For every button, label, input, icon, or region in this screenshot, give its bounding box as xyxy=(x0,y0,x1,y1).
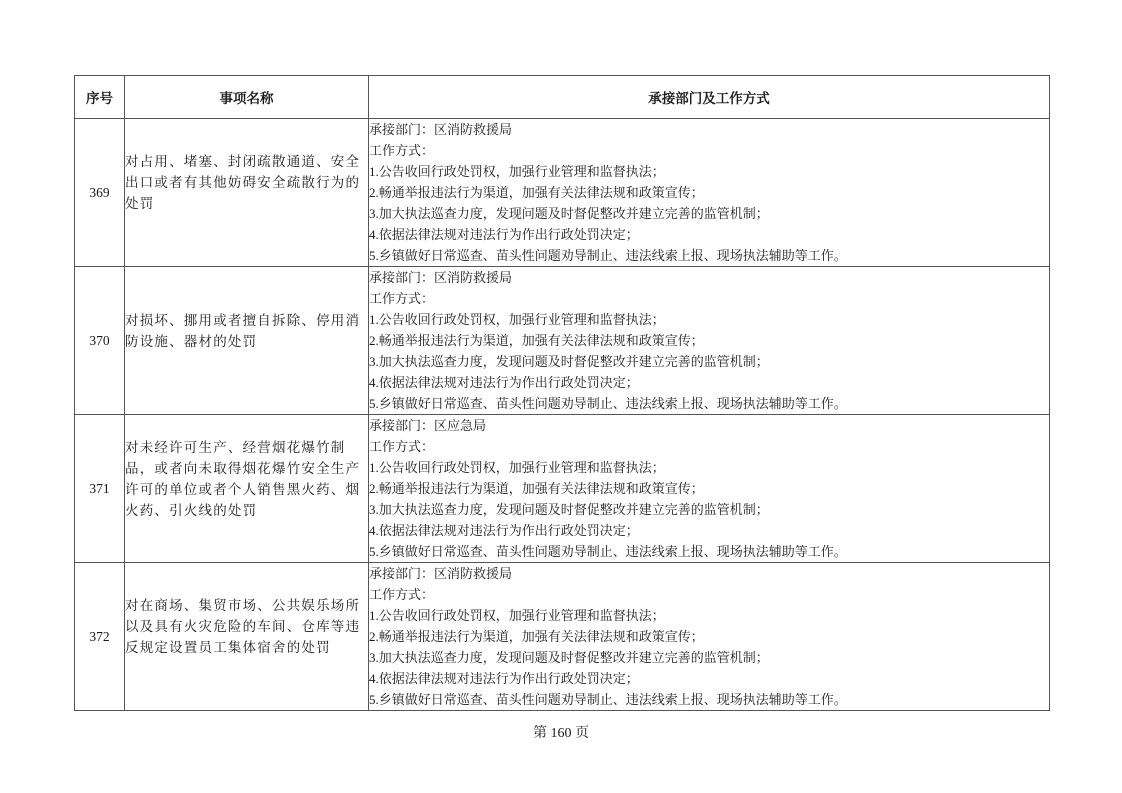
table-row: 372 对在商场、集贸市场、公共娱乐场所以及具有火灾危险的车间、仓库等违反规定设… xyxy=(75,563,1050,711)
step: 2.畅通举报违法行为渠道，加强有关法律法规和政策宣传； xyxy=(369,182,1049,203)
step: 1.公告收回行政处罚权，加强行业管理和监督执法； xyxy=(369,457,1049,478)
step: 5.乡镇做好日常巡查、苗头性问题劝导制止、违法线索上报、现场执法辅助等工作。 xyxy=(369,245,1049,266)
table-header-row: 序号 事项名称 承接部门及工作方式 xyxy=(75,76,1050,119)
step: 3.加大执法巡查力度，发现问题及时督促整改并建立完善的监管机制； xyxy=(369,203,1049,224)
step: 3.加大执法巡查力度，发现问题及时督促整改并建立完善的监管机制； xyxy=(369,351,1049,372)
step: 4.依据法律法规对违法行为作出行政处罚决定； xyxy=(369,372,1049,393)
row-method: 承接部门：区消防救援局 工作方式： 1.公告收回行政处罚权，加强行业管理和监督执… xyxy=(369,119,1050,267)
row-matter-name: 对损坏、挪用或者擅自拆除、停用消防设施、器材的处罚 xyxy=(125,267,369,415)
step: 2.畅通举报违法行为渠道，加强有关法律法规和政策宣传； xyxy=(369,626,1049,647)
matter-name-text: 对在商场、集贸市场、公共娱乐场所以及具有火灾危险的车间、仓库等违反规定设置员工集… xyxy=(125,595,368,678)
table-row: 370 对损坏、挪用或者擅自拆除、停用消防设施、器材的处罚 承接部门：区消防救援… xyxy=(75,267,1050,415)
step: 3.加大执法巡查力度，发现问题及时督促整改并建立完善的监管机制； xyxy=(369,499,1049,520)
step: 1.公告收回行政处罚权，加强行业管理和监督执法； xyxy=(369,605,1049,626)
header-index: 序号 xyxy=(75,76,125,119)
method-label: 工作方式： xyxy=(369,584,1049,605)
step: 2.畅通举报违法行为渠道，加强有关法律法规和政策宣传； xyxy=(369,330,1049,351)
row-matter-name: 对未经许可生产、经营烟花爆竹制品，或者向未取得烟花爆竹安全生产许可的单位或者个人… xyxy=(125,415,369,563)
matters-table: 序号 事项名称 承接部门及工作方式 369 对占用、堵塞、封闭疏散通道、安全出口… xyxy=(74,75,1050,711)
row-index: 372 xyxy=(75,563,125,711)
department: 承接部门：区应急局 xyxy=(369,415,1049,436)
row-matter-name: 对在商场、集贸市场、公共娱乐场所以及具有火灾危险的车间、仓库等违反规定设置员工集… xyxy=(125,563,369,711)
department: 承接部门：区消防救援局 xyxy=(369,119,1049,140)
matter-name-text: 对未经许可生产、经营烟花爆竹制品，或者向未取得烟花爆竹安全生产许可的单位或者个人… xyxy=(125,437,368,541)
row-index: 371 xyxy=(75,415,125,563)
step: 3.加大执法巡查力度，发现问题及时督促整改并建立完善的监管机制； xyxy=(369,647,1049,668)
row-method: 承接部门：区消防救援局 工作方式： 1.公告收回行政处罚权，加强行业管理和监督执… xyxy=(369,267,1050,415)
header-name: 事项名称 xyxy=(125,76,369,119)
step: 1.公告收回行政处罚权，加强行业管理和监督执法； xyxy=(369,309,1049,330)
header-method: 承接部门及工作方式 xyxy=(369,76,1050,119)
row-method: 承接部门：区应急局 工作方式： 1.公告收回行政处罚权，加强行业管理和监督执法；… xyxy=(369,415,1050,563)
step: 4.依据法律法规对违法行为作出行政处罚决定； xyxy=(369,668,1049,689)
table-row: 371 对未经许可生产、经营烟花爆竹制品，或者向未取得烟花爆竹安全生产许可的单位… xyxy=(75,415,1050,563)
matter-name-text: 对损坏、挪用或者擅自拆除、停用消防设施、器材的处罚 xyxy=(125,310,368,372)
step: 1.公告收回行政处罚权，加强行业管理和监督执法； xyxy=(369,161,1049,182)
step: 5.乡镇做好日常巡查、苗头性问题劝导制止、违法线索上报、现场执法辅助等工作。 xyxy=(369,689,1049,710)
row-matter-name: 对占用、堵塞、封闭疏散通道、安全出口或者有其他妨碍安全疏散行为的处罚 xyxy=(125,119,369,267)
row-method: 承接部门：区消防救援局 工作方式： 1.公告收回行政处罚权，加强行业管理和监督执… xyxy=(369,563,1050,711)
row-index: 369 xyxy=(75,119,125,267)
table-row: 369 对占用、堵塞、封闭疏散通道、安全出口或者有其他妨碍安全疏散行为的处罚 承… xyxy=(75,119,1050,267)
method-label: 工作方式： xyxy=(369,140,1049,161)
department: 承接部门：区消防救援局 xyxy=(369,267,1049,288)
row-index: 370 xyxy=(75,267,125,415)
step: 5.乡镇做好日常巡查、苗头性问题劝导制止、违法线索上报、现场执法辅助等工作。 xyxy=(369,393,1049,414)
page-number: 第 160 页 xyxy=(0,722,1122,742)
step: 2.畅通举报违法行为渠道，加强有关法律法规和政策宣传； xyxy=(369,478,1049,499)
method-label: 工作方式： xyxy=(369,436,1049,457)
step: 4.依据法律法规对违法行为作出行政处罚决定； xyxy=(369,520,1049,541)
department: 承接部门：区消防救援局 xyxy=(369,563,1049,584)
matter-name-text: 对占用、堵塞、封闭疏散通道、安全出口或者有其他妨碍安全疏散行为的处罚 xyxy=(125,151,368,234)
step: 4.依据法律法规对违法行为作出行政处罚决定； xyxy=(369,224,1049,245)
method-label: 工作方式： xyxy=(369,288,1049,309)
step: 5.乡镇做好日常巡查、苗头性问题劝导制止、违法线索上报、现场执法辅助等工作。 xyxy=(369,541,1049,562)
